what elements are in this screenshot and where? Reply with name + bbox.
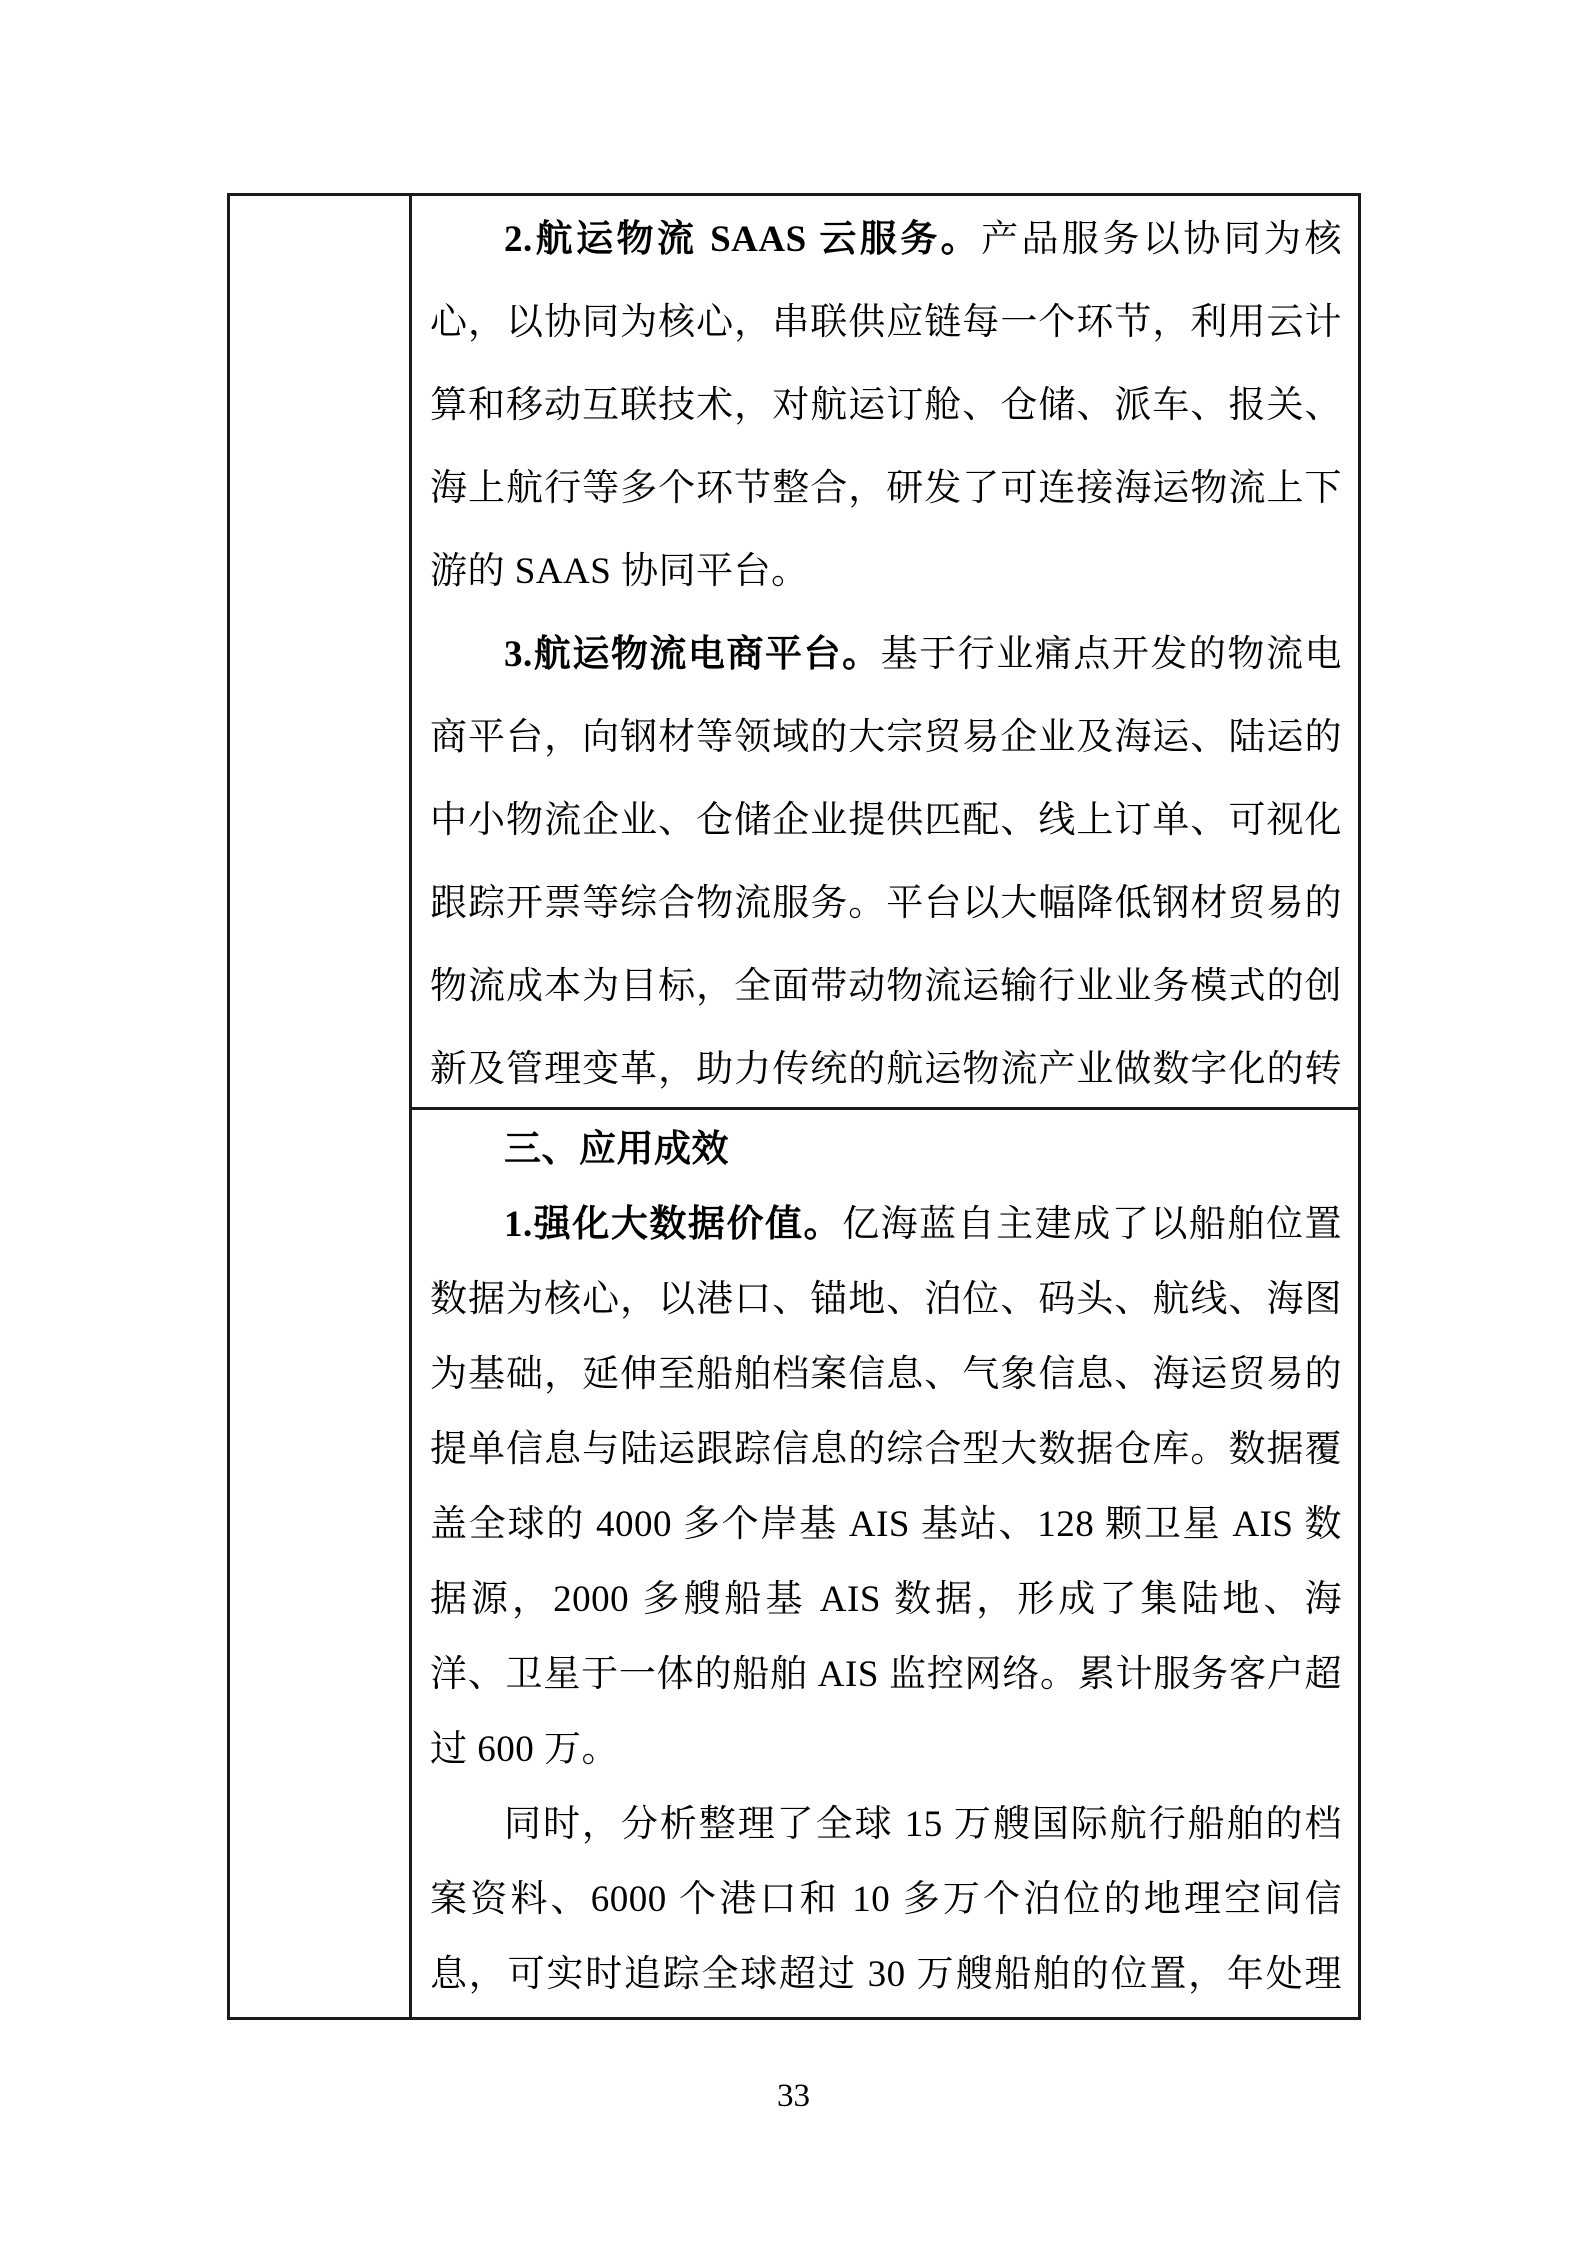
section-heading: 三、应用成效 [430,1112,1342,1187]
paragraph: 同时，分析整理了全球 15 万艘国际航行船舶的档案资料、6000 个港口和 10… [430,1787,1342,2017]
table-cell-application-results: 三、应用成效1.强化大数据价值。亿海蓝自主建成了以船舶位置数据为核心，以港口、锚… [412,1107,1358,2017]
table-right-column: 2.航运物流 SAAS 云服务。产品服务以协同为核心，以协同为核心，串联供应链每… [412,196,1358,2017]
table-cell-saas-platforms: 2.航运物流 SAAS 云服务。产品服务以协同为核心，以协同为核心，串联供应链每… [412,196,1358,1107]
paragraph: 3.航运物流电商平台。基于行业痛点开发的物流电商平台，向钢材等领域的大宗贸易企业… [430,613,1342,1107]
table-left-column-empty-cell [230,196,412,2017]
page-number: 33 [0,2076,1587,2116]
content-table: 2.航运物流 SAAS 云服务。产品服务以协同为核心，以协同为核心，串联供应链每… [227,193,1361,2020]
paragraph-lead: 1.强化大数据价值。 [504,1204,842,1245]
paragraph: 1.强化大数据价值。亿海蓝自主建成了以船舶位置数据为核心，以港口、锚地、泊位、码… [430,1187,1342,1787]
paragraph-lead: 2.航运物流 SAAS 云服务。 [504,219,981,260]
document-page: 2.航运物流 SAAS 云服务。产品服务以协同为核心，以协同为核心，串联供应链每… [0,0,1587,2245]
paragraph-lead: 3.航运物流电商平台。 [504,634,881,675]
paragraph: 2.航运物流 SAAS 云服务。产品服务以协同为核心，以协同为核心，串联供应链每… [430,198,1342,613]
